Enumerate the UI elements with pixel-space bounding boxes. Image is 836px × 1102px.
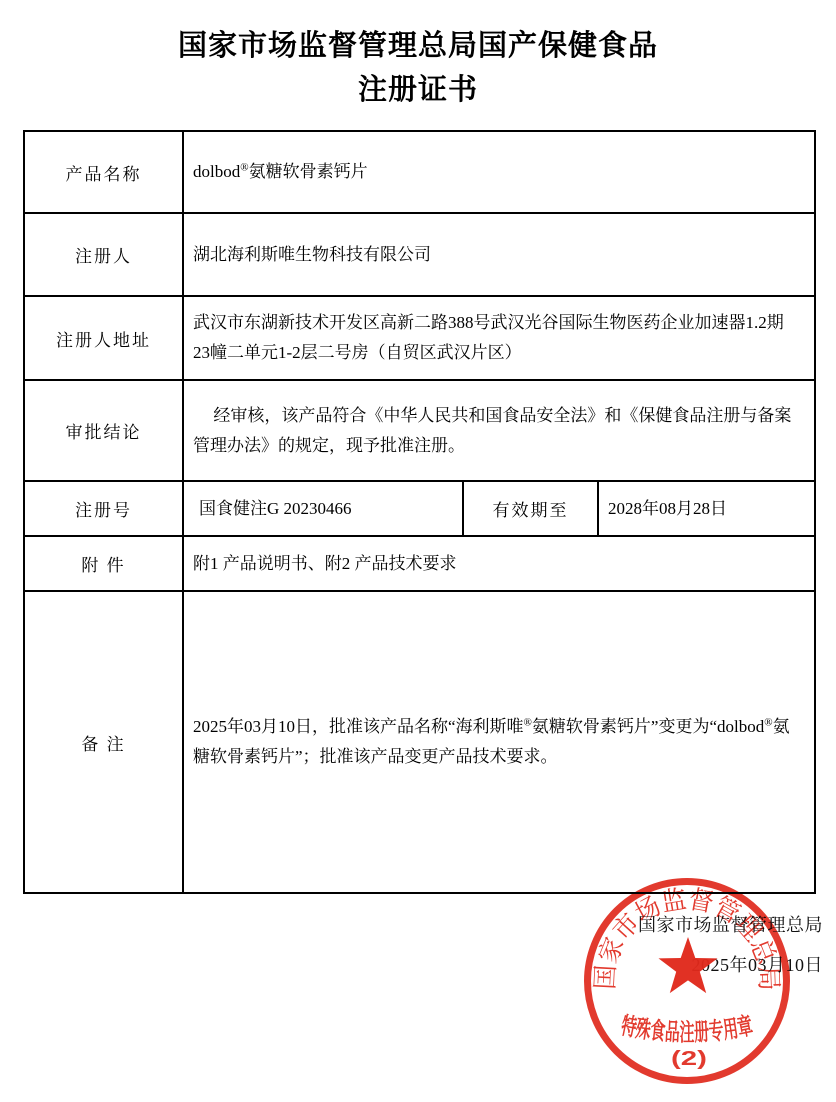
row-remark: 备 注 2025年03月10日，批准该产品名称“海利斯唯®氨糖软骨素钙片”变更为… xyxy=(24,591,815,893)
product-name-text: 氨糖软骨素钙片 xyxy=(249,162,368,181)
registered-trademark-icon: ® xyxy=(524,716,532,728)
seal-bottom-text: 特殊食品注册专用章 xyxy=(619,1012,755,1047)
remark-label: 备 注 xyxy=(24,591,183,893)
svg-text:特殊食品注册专用章: 特殊食品注册专用章 xyxy=(619,1012,755,1047)
page-title: 国家市场监督管理总局国产保健食品 注册证书 xyxy=(0,24,836,112)
row-registrant: 注册人 湖北海利斯唯生物科技有限公司 xyxy=(24,213,815,296)
registration-no-label: 注册号 xyxy=(24,481,183,536)
product-name-value: dolbod®氨糖软骨素钙片 xyxy=(183,131,815,213)
approval-label: 审批结论 xyxy=(24,380,183,481)
row-registration-no: 注册号 国食健注G 20230466 有效期至 2028年08月28日 xyxy=(24,481,815,536)
remark-text-1: 2025年03月10日，批准该产品名称“海利斯唯 xyxy=(193,717,524,736)
seal-number: (2) xyxy=(671,1048,707,1070)
address-label: 注册人地址 xyxy=(24,296,183,380)
row-attachments: 附 件 附1 产品说明书、附2 产品技术要求 xyxy=(24,536,815,591)
title-line-2: 注册证书 xyxy=(0,68,836,112)
address-value: 武汉市东湖新技术开发区高新二路388号武汉光谷国际生物医药企业加速器1.2期23… xyxy=(183,296,815,380)
product-name-label: 产品名称 xyxy=(24,131,183,213)
approval-text: 经审核，该产品符合《中华人民共和国食品安全法》和《保健食品注册与备案管理办法》的… xyxy=(193,401,800,461)
remark-text-2: 氨糖软骨素钙片”变更为“dolbod xyxy=(532,717,764,736)
product-brand: dolbod xyxy=(193,162,240,181)
certificate-table: 产品名称 dolbod®氨糖软骨素钙片 注册人 湖北海利斯唯生物科技有限公司 注… xyxy=(23,130,816,894)
attachments-label: 附 件 xyxy=(24,536,183,591)
row-approval: 审批结论 经审核，该产品符合《中华人民共和国食品安全法》和《保健食品注册与备案管… xyxy=(24,380,815,481)
registrant-value: 湖北海利斯唯生物科技有限公司 xyxy=(183,213,815,296)
registered-trademark-icon: ® xyxy=(764,716,772,728)
registered-trademark-icon: ® xyxy=(240,161,248,173)
remark-value: 2025年03月10日，批准该产品名称“海利斯唯®氨糖软骨素钙片”变更为“dol… xyxy=(183,591,815,893)
certificate-page: 国家市场监督管理总局国产保健食品 注册证书 产品名称 dolbod®氨糖软骨素钙… xyxy=(0,0,836,1102)
registration-no-value: 国食健注G 20230466 xyxy=(183,481,463,536)
valid-until-value: 2028年08月28日 xyxy=(598,481,815,536)
title-line-1: 国家市场监督管理总局国产保健食品 xyxy=(0,24,836,68)
registrant-label: 注册人 xyxy=(24,213,183,296)
row-address: 注册人地址 武汉市东湖新技术开发区高新二路388号武汉光谷国际生物医药企业加速器… xyxy=(24,296,815,380)
valid-until-label: 有效期至 xyxy=(463,481,598,536)
attachments-value: 附1 产品说明书、附2 产品技术要求 xyxy=(183,536,815,591)
row-product-name: 产品名称 dolbod®氨糖软骨素钙片 xyxy=(24,131,815,213)
approval-value: 经审核，该产品符合《中华人民共和国食品安全法》和《保健食品注册与备案管理办法》的… xyxy=(183,380,815,481)
seal-star-icon xyxy=(653,933,723,1003)
